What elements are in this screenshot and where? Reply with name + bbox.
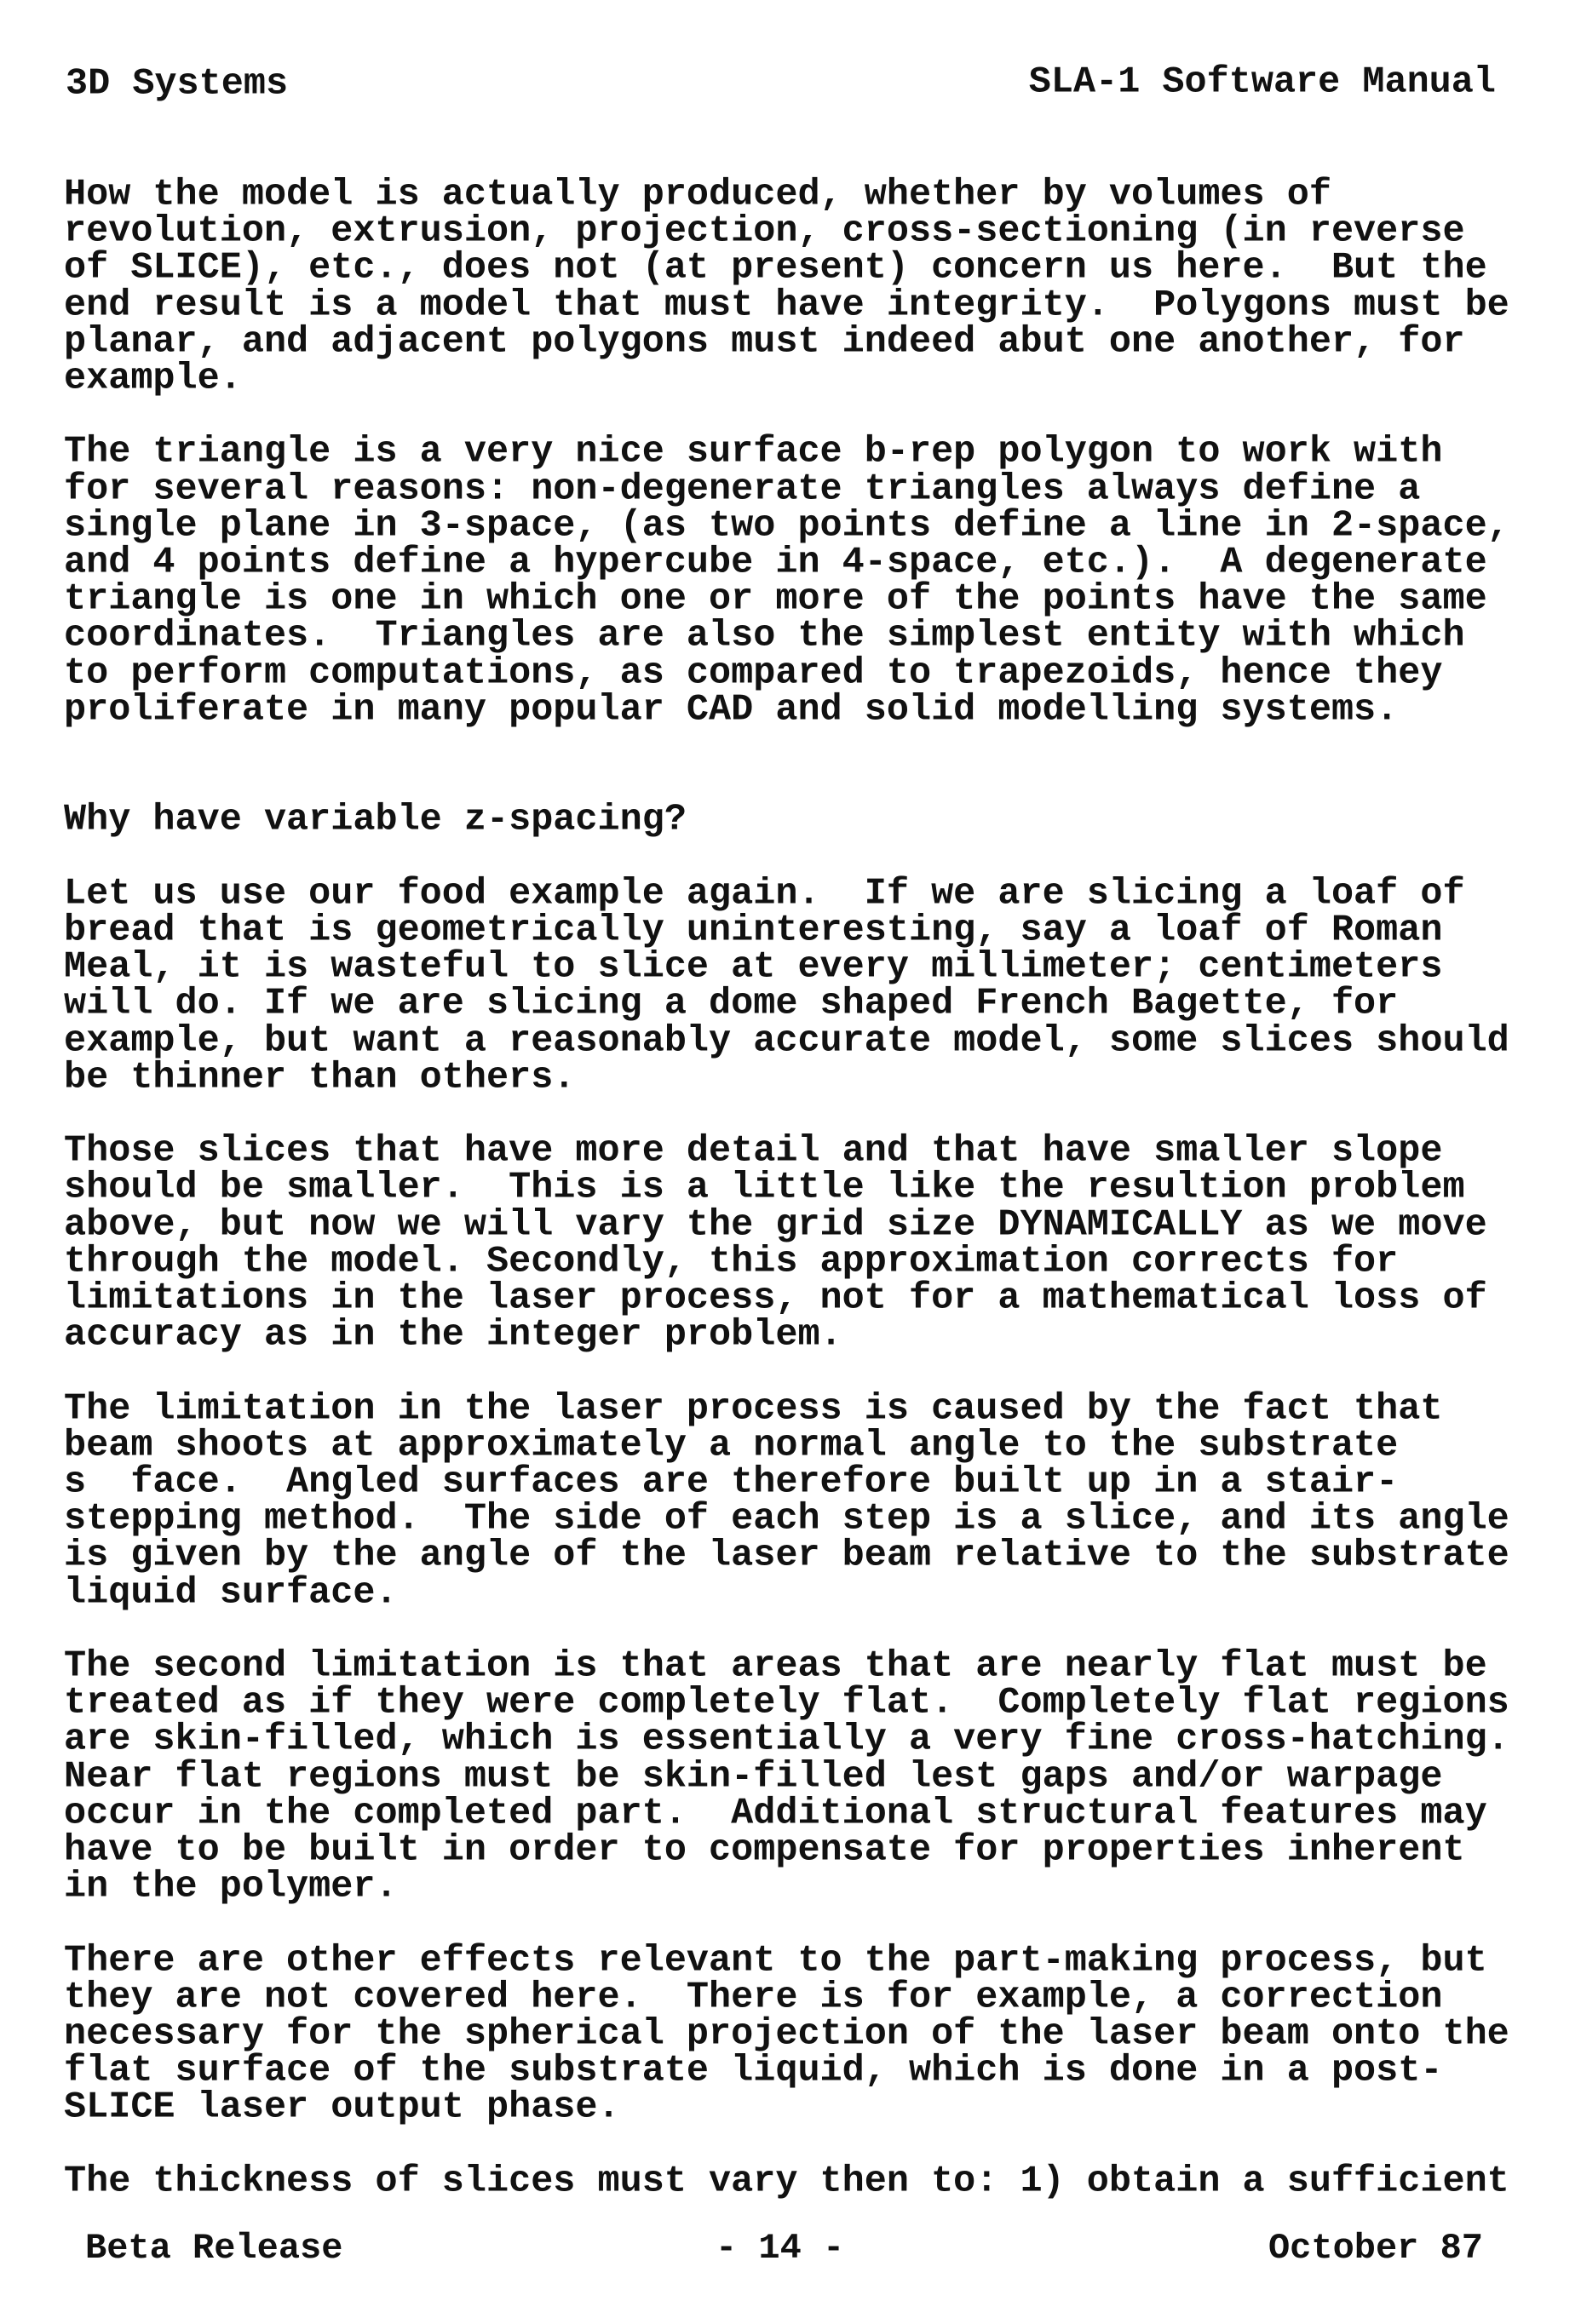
section-heading: Why have variable z-spacing? bbox=[64, 802, 687, 840]
text-line: bread that is geometrically uninterestin… bbox=[64, 912, 1442, 950]
text-line: accuracy as in the integer problem. bbox=[64, 1317, 842, 1354]
text-line: they are not covered here. There is for … bbox=[64, 1979, 1442, 2017]
text-line: revolution, extrusion, projection, cross… bbox=[64, 213, 1465, 250]
text-line: in the polymer. bbox=[64, 1868, 398, 1906]
text-line: SLICE laser output phase. bbox=[64, 2090, 620, 2127]
text-line: should be smaller. This is a little like… bbox=[64, 1170, 1465, 1208]
text-line: of SLICE), etc., does not (at present) c… bbox=[64, 250, 1487, 288]
text-line: through the model. Secondly, this approx… bbox=[64, 1243, 1398, 1281]
footer-release: Beta Release bbox=[85, 2230, 342, 2266]
text-line: Those slices that have more detail and t… bbox=[64, 1133, 1442, 1170]
text-line: have to be built in order to compensate … bbox=[64, 1832, 1465, 1869]
text-line: The triangle is a very nice surface b-re… bbox=[64, 434, 1442, 472]
text-line: example, but want a reasonably accurate … bbox=[64, 1023, 1509, 1060]
text-line: coordinates. Triangles are also the simp… bbox=[64, 618, 1465, 656]
text-line: flat surface of the substrate liquid, wh… bbox=[64, 2052, 1442, 2090]
text-line: planar, and adjacent polygons must indee… bbox=[64, 324, 1465, 361]
text-line: liquid surface. bbox=[64, 1575, 398, 1612]
text-line: beam shoots at approximately a normal an… bbox=[64, 1427, 1398, 1465]
text-line: to perform computations, as compared to … bbox=[64, 655, 1442, 692]
header-company: 3D Systems bbox=[66, 66, 288, 103]
text-line: proliferate in many popular CAD and soli… bbox=[64, 691, 1398, 729]
text-line: is given by the angle of the laser beam … bbox=[64, 1538, 1509, 1575]
text-line: How the model is actually produced, whet… bbox=[64, 176, 1331, 214]
text-line: and 4 points define a hypercube in 4-spa… bbox=[64, 544, 1487, 582]
text-line: triangle is one in which one or more of … bbox=[64, 581, 1487, 618]
text-line: The thickness of slices must vary then t… bbox=[64, 2163, 1509, 2201]
text-line: The limitation in the laser process is c… bbox=[64, 1391, 1442, 1428]
text-line: will do. If we are slicing a dome shaped… bbox=[64, 986, 1398, 1024]
text-line: end result is a model that must have int… bbox=[64, 287, 1509, 324]
manual-page: 3D Systems SLA-1 Software Manual How the… bbox=[0, 0, 1581, 2324]
text-line: Let us use our food example again. If we… bbox=[64, 875, 1465, 913]
text-line: Near flat regions must be skin-filled le… bbox=[64, 1759, 1442, 1796]
text-line: are skin-filled, which is essentially a … bbox=[64, 1722, 1509, 1759]
text-line: limitations in the laser process, not fo… bbox=[64, 1280, 1487, 1317]
text-line: s face. Angled surfaces are therefore bu… bbox=[64, 1464, 1398, 1501]
header-manual-title: SLA-1 Software Manual bbox=[1029, 64, 1496, 101]
text-line: above, but now we will vary the grid siz… bbox=[64, 1207, 1487, 1244]
text-line: treated as if they were completely flat.… bbox=[64, 1684, 1509, 1722]
text-line: Meal, it is wasteful to slice at every m… bbox=[64, 949, 1442, 986]
text-line: for several reasons: non-degenerate tria… bbox=[64, 471, 1420, 508]
text-line: stepping method. The side of each step i… bbox=[64, 1501, 1509, 1538]
page-number: - 14 - bbox=[716, 2230, 844, 2266]
text-line: single plane in 3-space, (as two points … bbox=[64, 508, 1509, 545]
text-line: The second limitation is that areas that… bbox=[64, 1648, 1487, 1685]
text-line: be thinner than others. bbox=[64, 1059, 575, 1097]
footer-date: October 87 bbox=[1268, 2230, 1483, 2266]
text-line: necessary for the spherical projection o… bbox=[64, 2016, 1509, 2053]
text-line: example. bbox=[64, 360, 242, 398]
text-line: occur in the completed part. Additional … bbox=[64, 1795, 1487, 1833]
text-line: There are other effects relevant to the … bbox=[64, 1942, 1487, 1980]
